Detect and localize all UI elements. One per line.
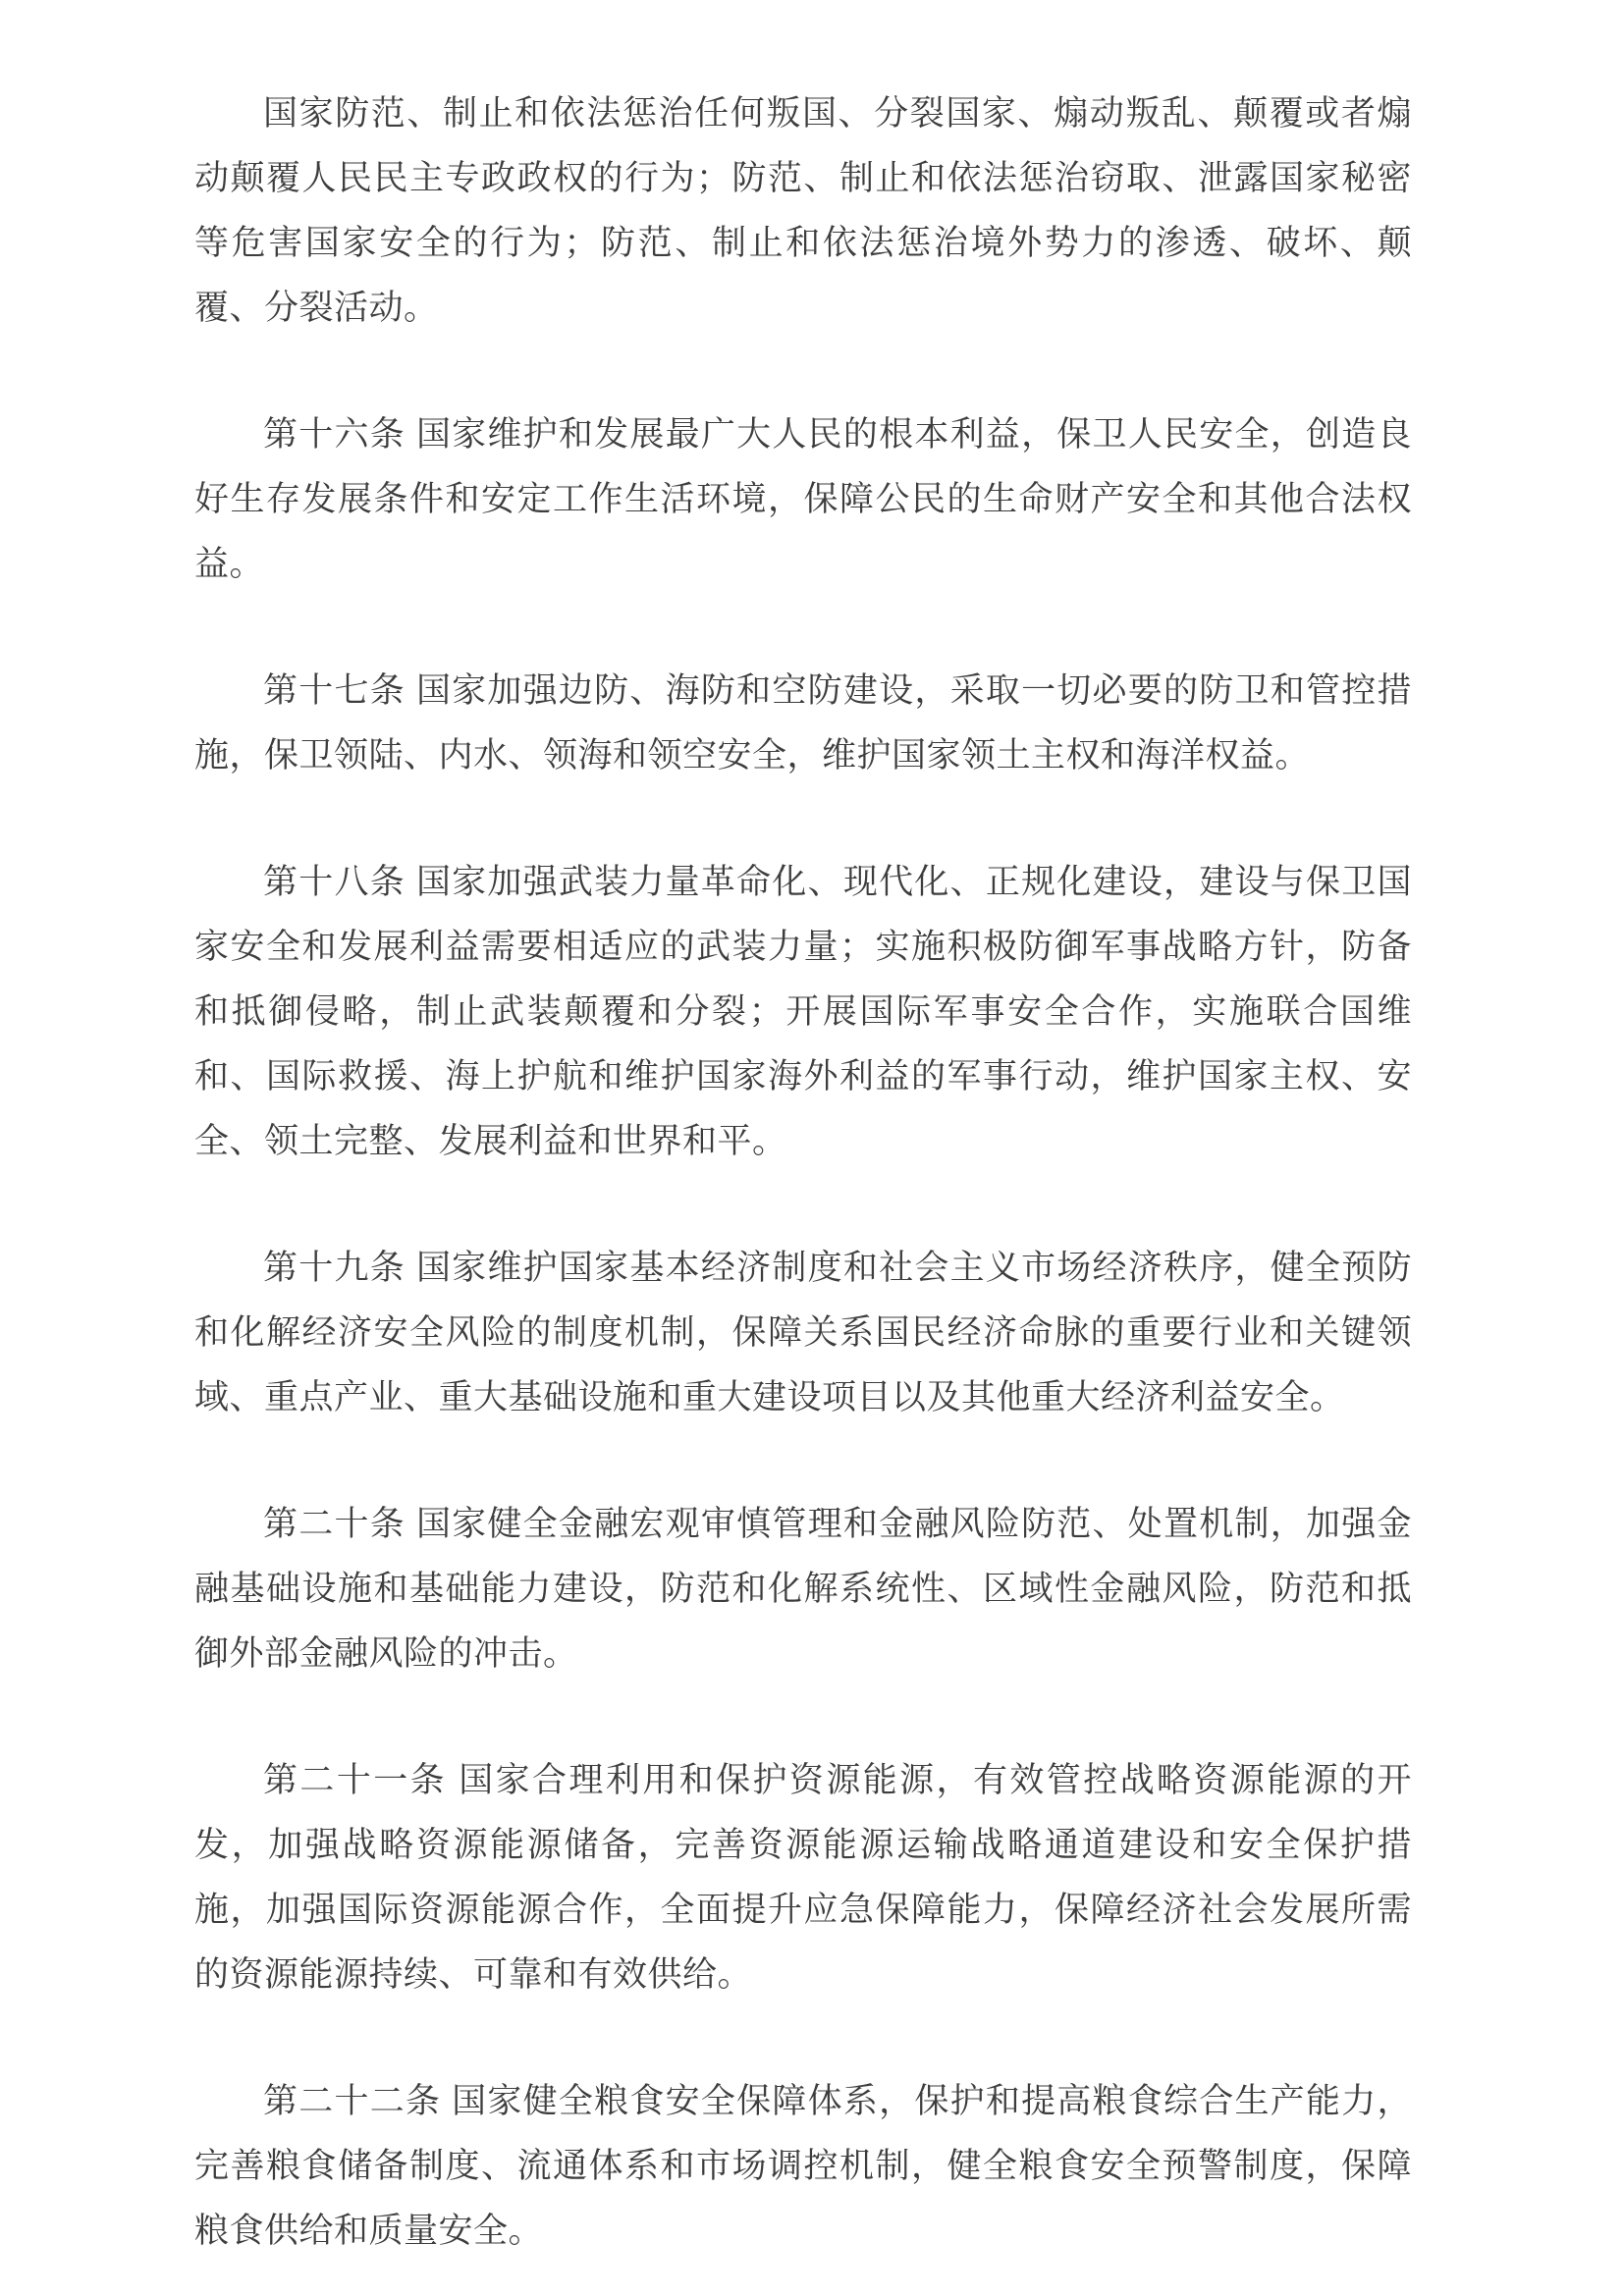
paragraph-article-15-continuation: 国家防范、制止和依法惩治任何叛国、分裂国家、煽动叛乱、颠覆或者煽动颠覆人民民主专… <box>194 81 1412 341</box>
paragraph-article-18: 第十八条 国家加强武装力量革命化、现代化、正规化建设，建设与保卫国家安全和发展利… <box>194 850 1412 1174</box>
paragraph-article-20: 第二十条 国家健全金融宏观审慎管理和金融风险防范、处置机制，加强金融基础设施和基… <box>194 1492 1412 1686</box>
paragraph-article-16: 第十六条 国家维护和发展最广大人民的根本利益，保卫人民安全，创造良好生存发展条件… <box>194 402 1412 597</box>
paragraph-article-19: 第十九条 国家维护国家基本经济制度和社会主义市场经济秩序，健全预防和化解经济安全… <box>194 1236 1412 1430</box>
document-body: 国家防范、制止和依法惩治任何叛国、分裂国家、煽动叛乱、颠覆或者煽动颠覆人民民主专… <box>194 81 1412 2264</box>
paragraph-article-22: 第二十二条 国家健全粮食安全保障体系，保护和提高粮食综合生产能力，完善粮食储备制… <box>194 2069 1412 2264</box>
paragraph-article-21: 第二十一条 国家合理利用和保护资源能源，有效管控战略资源能源的开发，加强战略资源… <box>194 1748 1412 2007</box>
document-page: 国家防范、制止和依法惩治任何叛国、分裂国家、煽动叛乱、颠覆或者煽动颠覆人民民主专… <box>0 0 1623 2296</box>
paragraph-article-17: 第十七条 国家加强边防、海防和空防建设，采取一切必要的防卫和管控措施，保卫领陆、… <box>194 659 1412 788</box>
